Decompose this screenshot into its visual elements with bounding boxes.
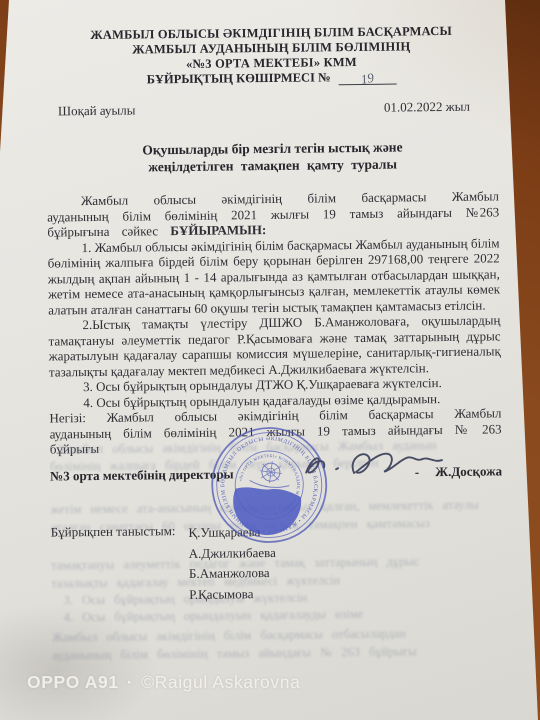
- camera-watermark: OPPO A91 · ©Raigul Askarovna: [27, 672, 300, 693]
- bleed-through-text: ауданының білім бөлімінің тамыз айындағы…: [52, 644, 417, 663]
- place-date-row: Шоқай ауылы 01.02.2022 жыл: [46, 98, 498, 119]
- document-content: ЖАМБЫЛ ОБЛЫСЫ ӘКІМДІГІНІҢ БІЛІМ БАСҚАРМА…: [0, 0, 540, 720]
- intro-text: Жамбыл облысы әкімдігінің білім басқарма…: [47, 188, 499, 239]
- director-position: №3 орта мектебінің директоры: [50, 466, 234, 484]
- copy-number-label: БҰЙРЫҚТЫҢ КӨШІРМЕСІ №: [147, 70, 331, 87]
- photo-background: ЖАМБЫЛ ОБЛЫСЫ ӘКІМДІГІНІҢ БІЛІМ БАСҚАРМА…: [0, 0, 540, 720]
- director-signature-scribble: [292, 441, 453, 489]
- copy-number-underline: 19: [339, 70, 397, 86]
- watermark-separator: ·: [127, 672, 133, 693]
- copy-number-handwritten: 19: [360, 70, 376, 87]
- ack-label: Бұйрықпен таныстым:: [51, 523, 176, 540]
- watermark-credit: ©Raigul Askarovna: [141, 672, 300, 693]
- ack-name: Р.Қасымова: [189, 583, 276, 604]
- paper-sheet: ЖАМБЫЛ ОБЛЫСЫ ӘКІМДІГІНІҢ БІЛІМ БАСҚАРМА…: [0, 0, 540, 720]
- intro-paragraph: Жамбыл облысы әкімдігінің білім басқарма…: [47, 188, 499, 240]
- ack-name: Б.Аманжолова: [189, 563, 276, 584]
- bleed-through-text: Жамбыл облысы әкімдігінің білім басқарма…: [52, 626, 406, 645]
- document-header: ЖАМБЫЛ ОБЛЫСЫ ӘКІМДІГІНІҢ БІЛІМ БАСҚАРМА…: [45, 23, 498, 88]
- document-date: 01.02.2022 жыл: [384, 99, 470, 116]
- order-word: БҰЙЫРАМЫН:: [170, 222, 266, 238]
- bleed-through-text: 4. Осы бұйрықтың орындалуын қадағалауды …: [64, 607, 364, 625]
- stamp-lower-field: [229, 484, 302, 540]
- order-item: 1. Жамбыл облысы әкімдігінің білім басқа…: [47, 235, 500, 318]
- watermark-device: OPPO A91: [27, 672, 119, 693]
- place-name: Шоқай ауылы: [58, 103, 136, 120]
- document-title: Оқушыларды бір мезгіл тегін ыстық және ж…: [46, 137, 498, 176]
- order-item: 2.Ыстық тамақты үлестіру ДШЖО Б.Аманжоло…: [48, 312, 501, 379]
